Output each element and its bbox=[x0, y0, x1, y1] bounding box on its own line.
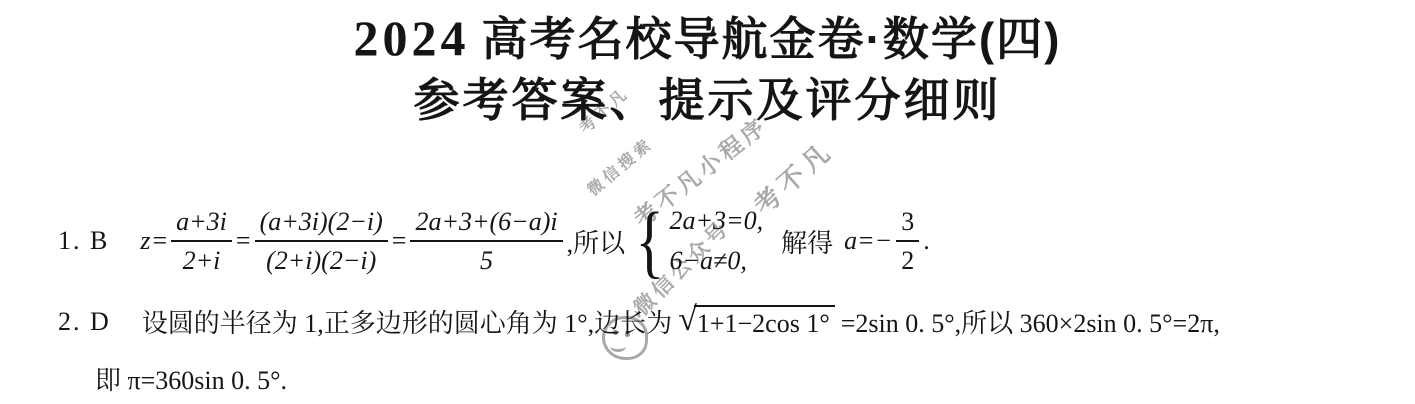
fraction: a+3i 2+i bbox=[171, 206, 232, 276]
equals-sign: = bbox=[152, 226, 167, 256]
square-root: √ 1+1−2cos 1° bbox=[678, 305, 835, 339]
answer-key-document: 考不凡 微信搜索 考不凡小程序 考不凡 微信公众号 2024高考名校导航金卷·数… bbox=[0, 0, 1415, 404]
radical-sign: √ bbox=[678, 303, 697, 337]
math-result: a=− bbox=[844, 226, 892, 256]
system-of-equations: { 2a+3=0, 6−a≠0, bbox=[630, 200, 763, 282]
solution-text: =2sin 0. 5°,所以 360×2sin 0. 5°=2π, bbox=[841, 303, 1220, 340]
answer-2-label: 2. D bbox=[58, 307, 111, 337]
answer-item-2: 2. D 设圆的半径为 1,正多边形的圆心角为 1°,边长为 √ 1+1−2co… bbox=[58, 303, 1221, 340]
answer-item-1: 1. B z = a+3i 2+i = (a+3i)(2−i) (2+i)(2−… bbox=[58, 200, 931, 282]
connector-text: ,所以 bbox=[567, 223, 626, 260]
fraction-denominator: 2+i bbox=[183, 242, 221, 276]
fraction-denominator: (2+i)(2−i) bbox=[266, 242, 376, 276]
connector-text: 解得 bbox=[781, 223, 833, 260]
fraction-numerator: 3 bbox=[896, 206, 919, 242]
math-var-z: z bbox=[140, 226, 150, 256]
document-header: 2024高考名校导航金卷·数学(四) 参考答案、提示及评分细则 bbox=[0, 10, 1415, 126]
fraction-denominator: 5 bbox=[480, 242, 493, 276]
fraction: 3 2 bbox=[896, 206, 919, 276]
cases-brace: { bbox=[636, 200, 664, 282]
period: . bbox=[923, 226, 930, 256]
title-year: 2024 bbox=[354, 10, 470, 66]
equals-sign: = bbox=[392, 226, 407, 256]
fraction-numerator: a+3i bbox=[171, 206, 232, 242]
radicand: 1+1−2cos 1° bbox=[694, 305, 835, 339]
fraction-numerator: (a+3i)(2−i) bbox=[255, 206, 388, 242]
answer-1-label: 1. B bbox=[58, 226, 109, 256]
answer-item-2-continued: 即 π=360sin 0. 5°. bbox=[94, 360, 288, 397]
equals-sign: = bbox=[236, 226, 251, 256]
solution-text: 设圆的半径为 1,正多边形的圆心角为 1°,边长为 bbox=[142, 303, 672, 340]
fraction-denominator: 2 bbox=[901, 242, 914, 276]
title-main-text: 高考名校导航金卷·数学(四) bbox=[482, 13, 1062, 65]
page-subtitle: 参考答案、提示及评分细则 bbox=[0, 74, 1415, 127]
fraction: 2a+3+(6−a)i 5 bbox=[410, 206, 562, 276]
page-title: 2024高考名校导航金卷·数学(四) bbox=[0, 10, 1415, 68]
case-line: 6−a≠0, bbox=[670, 248, 764, 274]
case-line: 2a+3=0, bbox=[670, 208, 764, 234]
fraction-numerator: 2a+3+(6−a)i bbox=[410, 206, 562, 242]
solution-text: 即 π=360sin 0. 5°. bbox=[95, 360, 287, 397]
cases-lines: 2a+3=0, 6−a≠0, bbox=[670, 208, 764, 274]
fraction: (a+3i)(2−i) (2+i)(2−i) bbox=[255, 206, 388, 276]
